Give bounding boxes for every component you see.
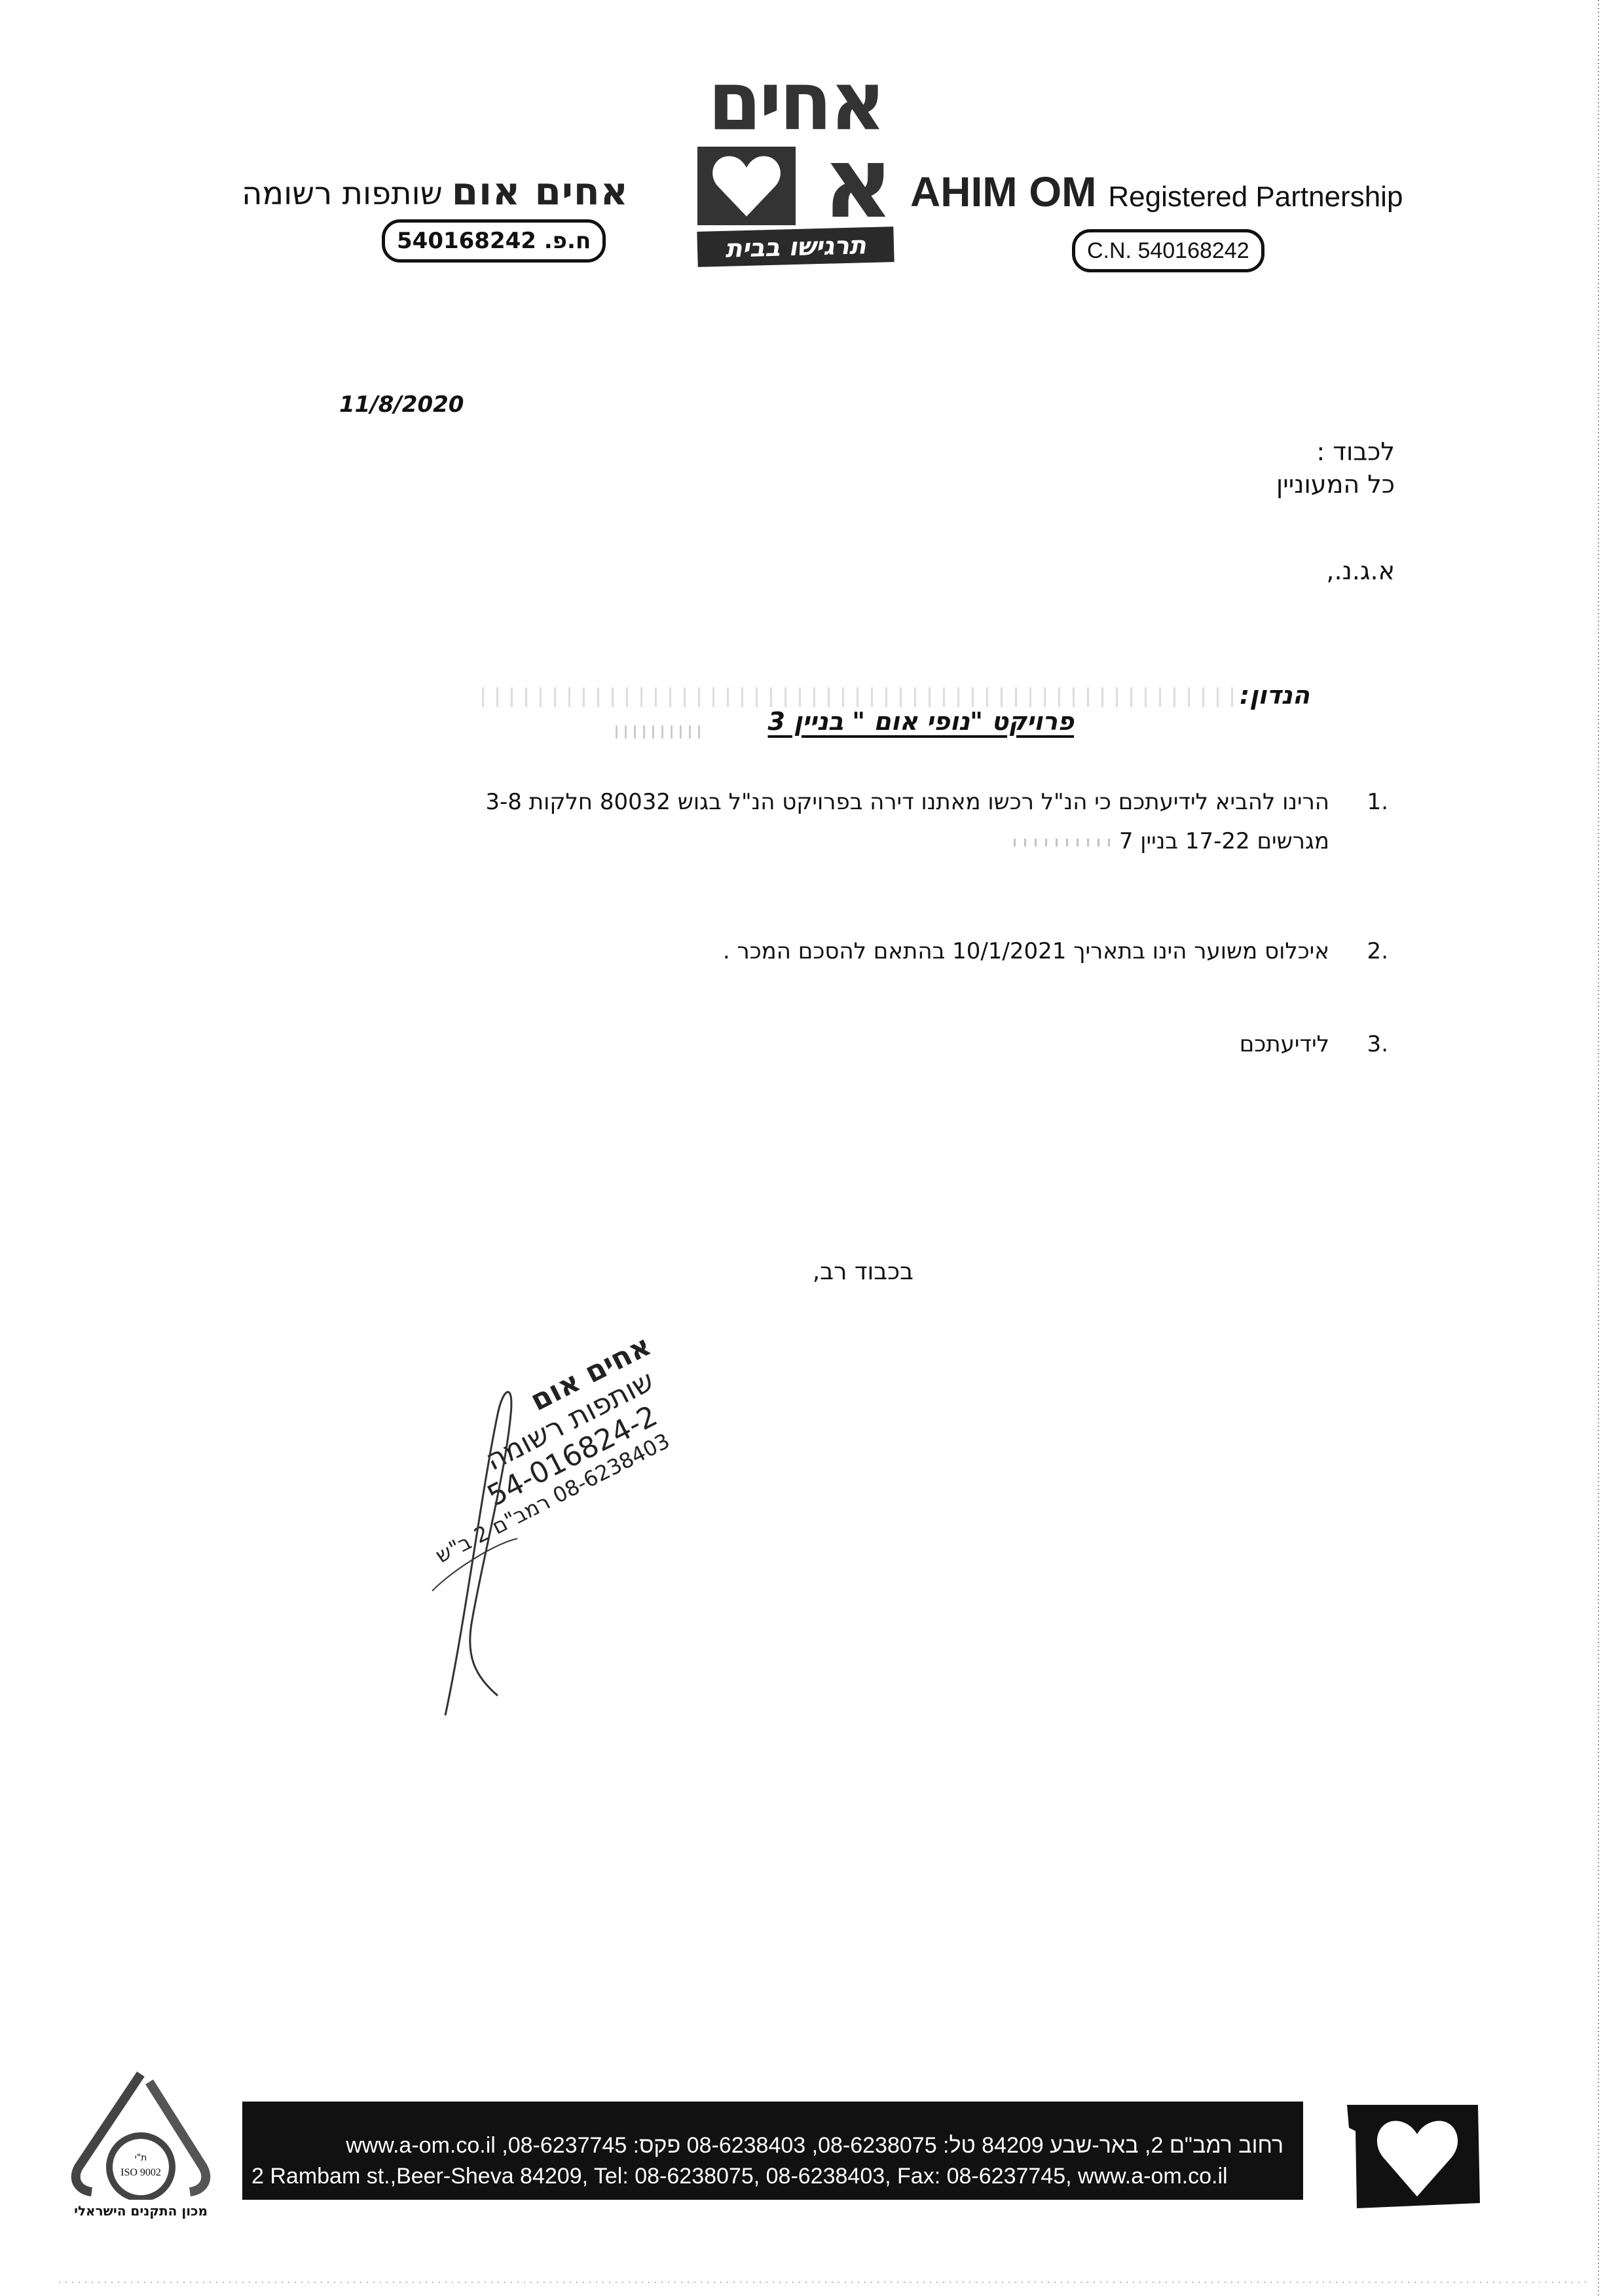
subject-project: פרויקט "נופי אום " בניין 3 <box>767 707 1074 736</box>
item-text-line2-value: מגרשים 17-22 בניין 7 <box>1119 828 1329 854</box>
header-hebrew: אחים אוםשותפות רשומה <box>242 169 629 213</box>
logo-slogan: תרגישו בבית <box>697 227 894 267</box>
item-text: לידיעתכם <box>1240 1031 1329 1057</box>
heart-icon <box>697 147 796 225</box>
redacted-text <box>616 725 701 738</box>
company-type-he: שותפות רשומה <box>242 175 443 212</box>
redacted-text <box>473 687 1233 707</box>
scan-edge-artifact <box>1598 0 1599 2296</box>
heart-logo-icon <box>1318 2092 1481 2216</box>
scan-edge-artifact <box>59 2282 1591 2283</box>
iso-ti-mark: ת"י <box>65 2153 216 2163</box>
header-english: AHIM OMRegistered Partnership <box>910 168 1403 216</box>
list-item: .3 לידיעתכם <box>210 1031 1388 1064</box>
subject-line: הנדון: <box>473 681 1310 710</box>
signature <box>419 1375 550 1741</box>
item-text-line2: מגרשים 17-22 בניין 7 <box>1012 828 1329 854</box>
greeting: א.ג.נ., <box>1326 556 1395 585</box>
iso-mark: ISO 9002 <box>65 2167 216 2179</box>
item-text: איכלוס משוער הינו בתאריך 10/1/2021 בהתאם… <box>723 938 1329 964</box>
footer-contact-bar: רחוב רמב"ם 2, באר-שבע 84209 טל: 08-62380… <box>242 2102 1303 2200</box>
footer-address-en: 2 Rambam st.,Beer-Sheva 84209, Tel: 08-6… <box>251 2164 1228 2189</box>
registration-number-en: C.N. 540168242 <box>1072 229 1264 272</box>
list-item: .1 הרינו להביא לידיעתכם כי הנ"ל רכשו מאת… <box>210 789 1388 867</box>
company-name-en: AHIM OM <box>910 168 1096 215</box>
letter-page: אחים אוםשותפות רשומה ח.פ. 540168242 אחים… <box>0 0 1624 2296</box>
list-item: .2 איכלוס משוער הינו בתאריך 10/1/2021 בה… <box>210 938 1388 971</box>
item-text: הרינו להביא לידיעתכם כי הנ"ל רכשו מאתנו … <box>485 789 1329 815</box>
subject-label: הנדון: <box>1240 681 1310 710</box>
redacted-text <box>1012 839 1110 847</box>
addressee-block: לכבוד : כל המעוניין <box>1276 435 1395 501</box>
iso-caption: מכון התקנים הישראלי <box>65 2203 216 2219</box>
item-number: .1 <box>1367 789 1388 815</box>
registration-number-he: ח.פ. 540168242 <box>382 219 606 263</box>
item-number: .3 <box>1367 1031 1388 1057</box>
item-number: .2 <box>1367 938 1388 964</box>
closing-line: בכבוד רב, <box>813 1258 913 1285</box>
addressee-label: לכבוד : <box>1276 435 1395 468</box>
letter-date: 11/8/2020 <box>339 392 464 418</box>
footer-address-he: רחוב רמב"ם 2, באר-שבע 84209 טל: 08-62380… <box>346 2133 1283 2159</box>
company-name-he: אחים אום <box>452 169 629 213</box>
iso-certification-logo: ת"י ISO 9002 מכון התקנים הישראלי <box>65 2069 216 2219</box>
iso-triangle-icon <box>65 2069 216 2200</box>
company-logo: אחים א תרגישו בבית <box>691 62 900 265</box>
logo-letter-alef: א <box>822 137 894 229</box>
addressee-value: כל המעוניין <box>1276 468 1395 501</box>
logo-word-om: א <box>697 137 894 229</box>
company-type-en: Registered Partnership <box>1108 181 1403 213</box>
